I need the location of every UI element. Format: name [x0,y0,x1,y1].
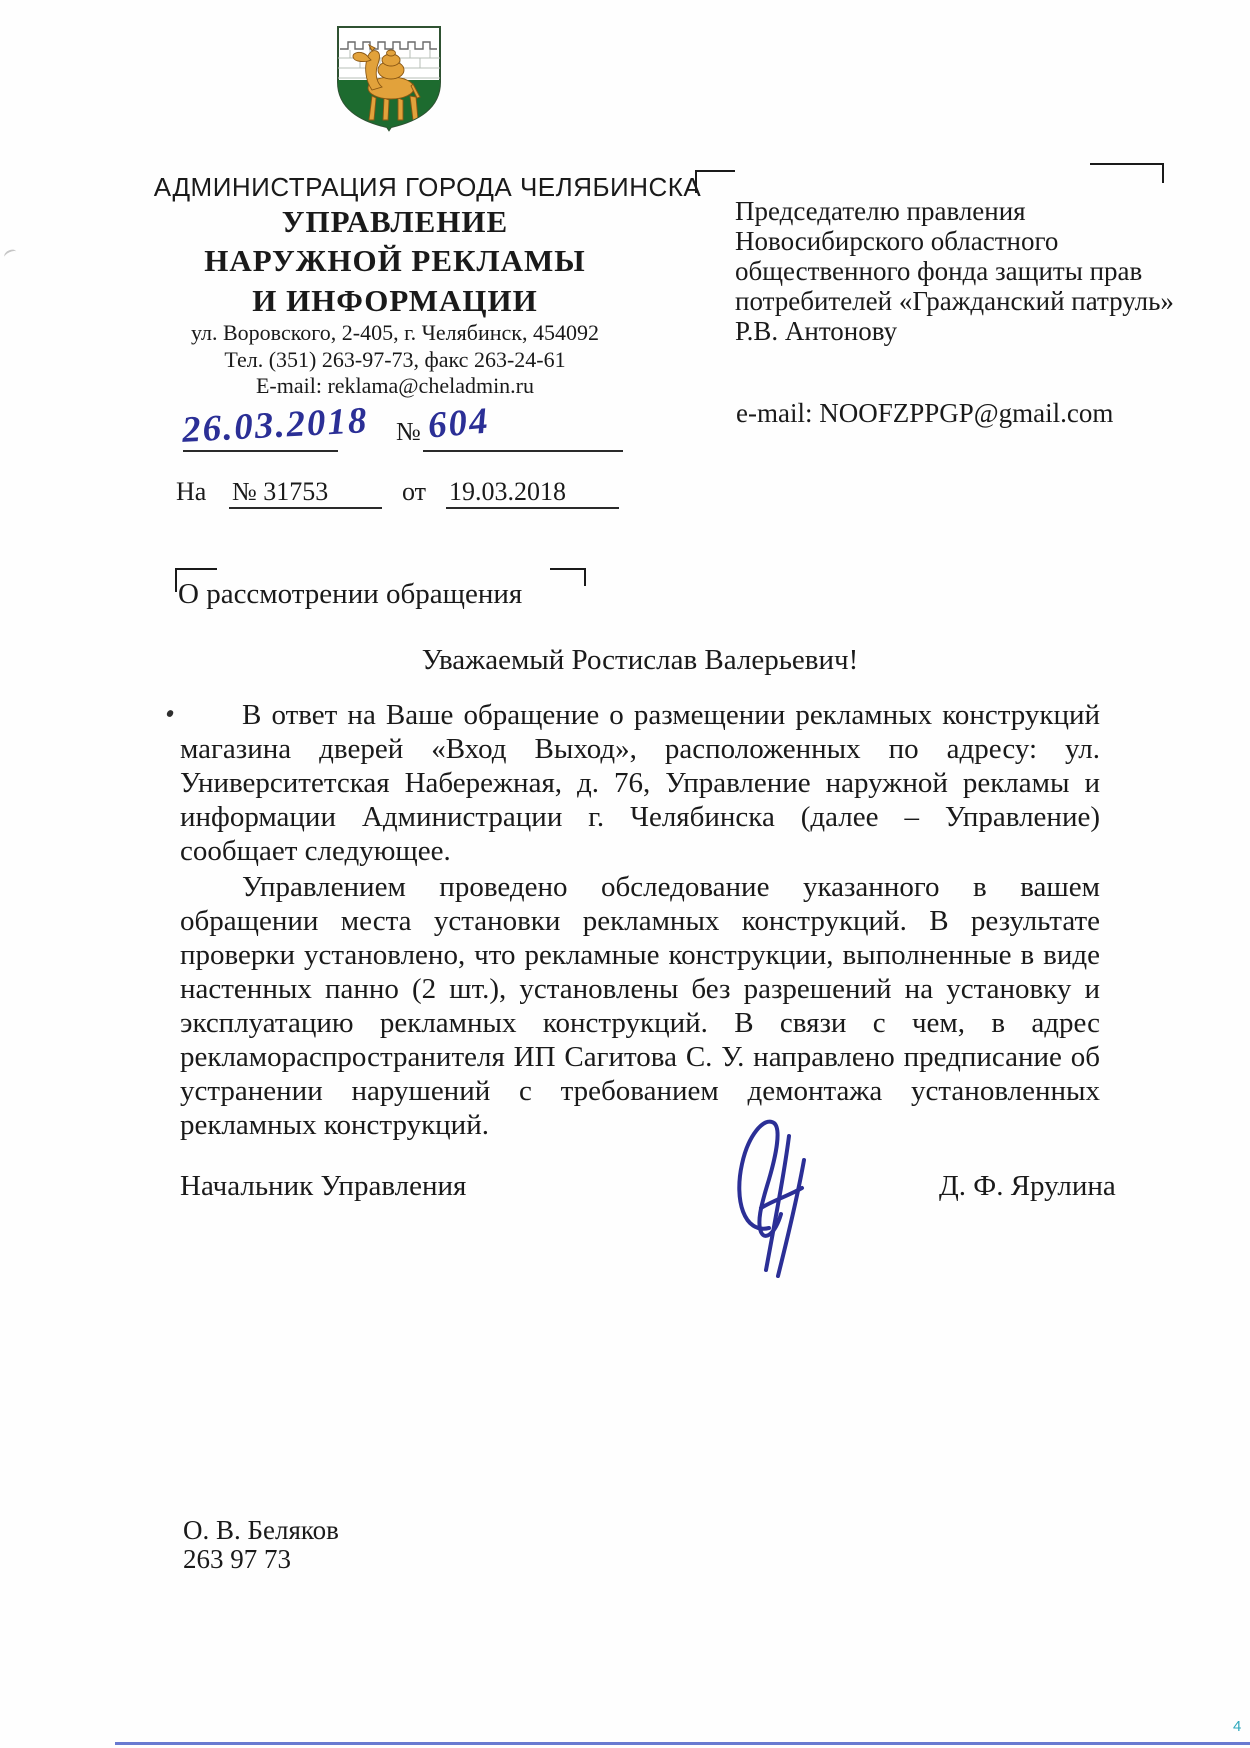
sender-org-name-line1: УПРАВЛЕНИЕ [140,204,650,240]
chelyabinsk-coat-of-arms-icon [334,24,444,132]
recipient-block: Председателю правления Новосибирского об… [735,196,1174,346]
executor-block: О. В. Беляков 263 97 73 [183,1516,339,1574]
incoming-number: № 31753 [232,477,328,507]
letter-body: В ответ на Ваше обращение о размещении р… [180,698,1100,1142]
recipient-line: Р.В. Антонову [735,316,1174,346]
subject-zone-corner-top-right [550,568,586,586]
executor-name: О. В. Беляков [183,1516,339,1545]
signer-position: Начальник Управления [180,1170,466,1203]
salutation: Уважаемый Ростислав Валерьевич! [180,644,1100,677]
sender-administration-line: АДМИНИСТРАЦИЯ ГОРОДА ЧЕЛЯБИНСКА [140,172,715,203]
pencil-mark-artifact [3,248,19,262]
body-paragraph-2: Управлением проведено обследование указа… [180,870,1100,1142]
sender-phone: Тел. (351) 263-97-73, факс 263-24-61 [140,347,650,373]
signer-name: Д. Ф. Ярулина [939,1170,1116,1203]
scanned-letter-page: АДМИНИСТРАЦИЯ ГОРОДА ЧЕЛЯБИНСКА УПРАВЛЕН… [0,0,1250,1748]
address-zone-corner-top-right [1090,163,1164,183]
sender-address: ул. Воровского, 2-405, г. Челябинск, 454… [140,320,650,346]
signature-stroke [712,1108,832,1283]
number-underline [423,450,623,452]
address-zone-corner-top-left [695,170,735,193]
executor-phone: 263 97 73 [183,1545,339,1574]
recipient-line: общественного фонда защиты прав [735,256,1174,286]
recipient-line: потребителей «Гражданский патруль» [735,286,1174,316]
recipient-email: e-mail: NOOFZPPGP@gmail.com [736,398,1113,428]
sender-email: E-mail: reklama@cheladmin.ru [140,373,650,399]
ref-prefix-label: На [176,477,206,507]
page-corner-number: 4 [1233,1718,1241,1735]
subject-line: О рассмотрении обращения [178,578,522,611]
sender-org-name-line2: НАРУЖНОЙ РЕКЛАМЫ [140,243,650,279]
number-sign-label: № [396,417,421,447]
outgoing-number-handwritten: 604 [426,399,491,447]
sender-org-name-line3: И ИНФОРМАЦИИ [140,283,650,319]
date-underline [183,450,338,452]
ink-speck-artifact [166,709,174,718]
recipient-line: Председателю правления [735,196,1174,226]
incoming-date: 19.03.2018 [449,477,566,507]
ref-from-label: от [402,477,426,507]
scan-artifact-line [115,1742,1250,1745]
incoming-date-underline [446,507,619,509]
body-paragraph-1: В ответ на Ваше обращение о размещении р… [180,698,1100,868]
outgoing-date-handwritten: 26.03.2018 [181,399,369,452]
recipient-line: Новосибирского областного [735,226,1174,256]
incoming-number-underline [229,507,382,509]
